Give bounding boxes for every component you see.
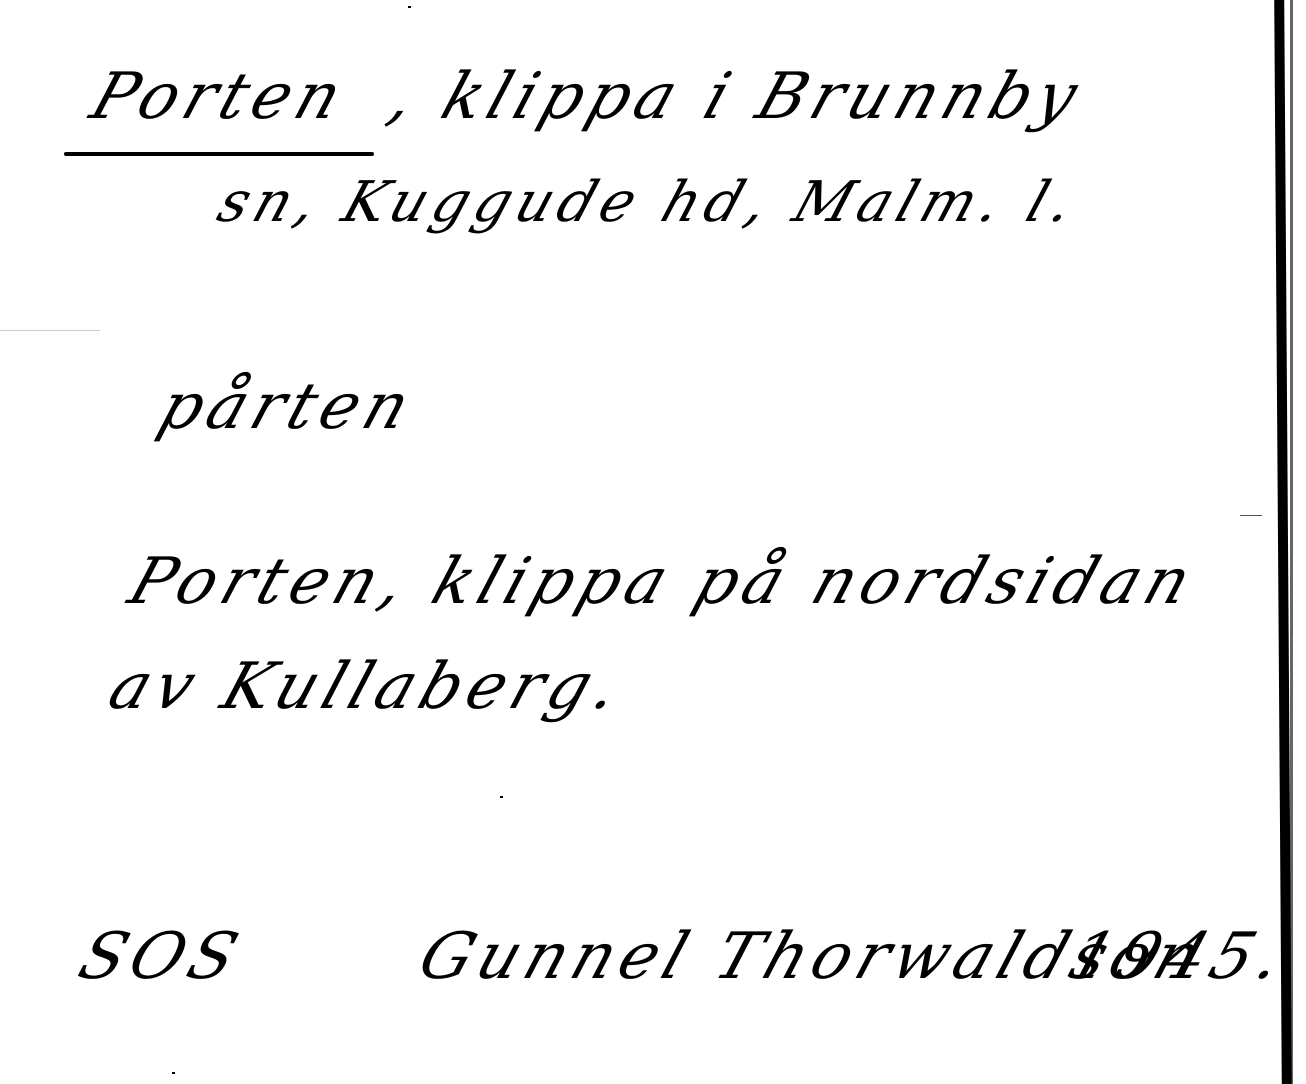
entry-line1-rest: , klippa i Brunnby	[380, 60, 1092, 134]
scan-artifact-line	[1240, 515, 1262, 516]
headword: Porten	[82, 60, 356, 134]
card-edge-shadow	[1290, 0, 1293, 1084]
scan-speck	[172, 1072, 175, 1074]
code-label: SOS	[70, 920, 252, 994]
entry-line2: sn, Kuggude hd, Malm. l.	[210, 170, 1087, 235]
pronunciation: pårten	[150, 370, 425, 444]
headword-underline	[64, 152, 374, 156]
record-year: 1945.	[1060, 920, 1297, 994]
definition-line2: av Kullaberg.	[100, 650, 634, 724]
scan-speck	[500, 796, 503, 798]
archive-card: Porten , klippa i Brunnby sn, Kuggude hd…	[0, 0, 1306, 1084]
scan-speck	[408, 6, 411, 8]
definition-line1: Porten, klippa på nordsidan	[120, 545, 1206, 619]
scan-artifact-line	[0, 330, 100, 331]
